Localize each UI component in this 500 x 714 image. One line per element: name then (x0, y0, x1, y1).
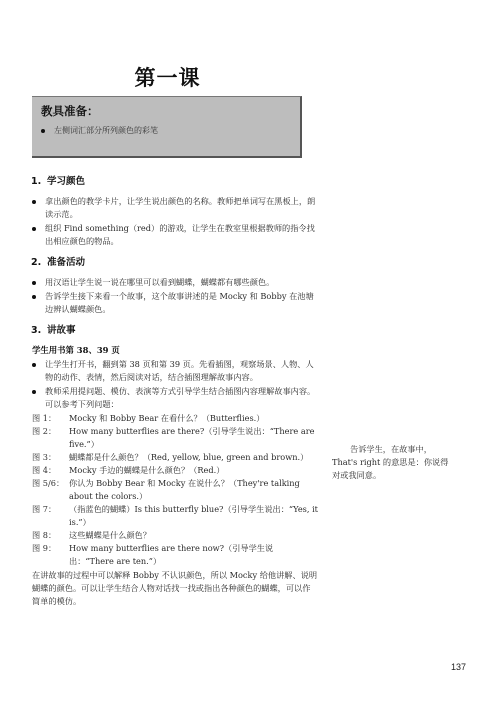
list-item: 拿出颜色的教学卡片，让学生说出颜色的名称。教师把单词写在黑板上，朗读示范。 (32, 195, 318, 221)
section-1-bullets: 拿出颜色的教学卡片，让学生说出颜色的名称。教师把单词写在黑板上，朗读示范。 组织… (32, 195, 318, 248)
list-item-text: 拿出颜色的教学卡片，让学生说出颜色的名称。教师把单词写在黑板上，朗读示范。 (45, 196, 315, 219)
question-item: 图 1：Mocky 和 Bobby Bear 在看什么？（Butterflies… (32, 412, 318, 425)
teaching-aids-item: 左侧词汇部分所列颜色的彩笔 (41, 125, 158, 136)
list-item: 让学生打开书，翻到第 38 页和第 39 页。先看插图，观察场景、人物、人物的动… (32, 358, 318, 384)
question-text: How many butterflies are there now?（引导学生… (69, 542, 318, 568)
question-label: 图 5/6： (32, 477, 69, 503)
bullet-icon (32, 281, 36, 285)
lesson-body: 1.学习颜色 拿出颜色的教学卡片，让学生说出颜色的名称。教师把单词写在黑板上，朗… (32, 175, 318, 608)
teaching-aids-item-text: 左侧词汇部分所列颜色的彩笔 (54, 125, 158, 136)
section-heading-text: 准备活动 (47, 257, 85, 268)
list-item: 用汉语让学生说一说在哪里可以看到蝴蝶，蝴蝶都有哪些颜色。 (32, 276, 318, 289)
section-heading-warm-up: 2.准备活动 (31, 256, 318, 270)
question-label: 图 7： (32, 503, 69, 529)
question-item: 图 9：How many butterflies are there now?（… (32, 542, 318, 568)
section-heading-text: 学习颜色 (47, 176, 85, 187)
question-text: Mocky 手边的蝴蝶是什么颜色？（Red.） (69, 464, 318, 477)
question-item: 图 4：Mocky 手边的蝴蝶是什么颜色？（Red.） (32, 464, 318, 477)
question-text: How many butterflies are there?（引导学生说出：“… (69, 425, 318, 451)
question-text: 你认为 Bobby Bear 和 Mocky 在说什么？（They're tal… (69, 477, 318, 503)
closing-paragraph: 在讲故事的过程中可以解释 Bobby 不认识颜色，所以 Mocky 给他讲解、说… (32, 569, 318, 608)
question-label: 图 1： (32, 412, 69, 425)
question-label: 图 2： (32, 425, 69, 451)
section-number: 3. (31, 324, 47, 338)
teaching-aids-box: 教具准备： 左侧词汇部分所列颜色的彩笔 (32, 96, 302, 158)
list-item-text: 告诉学生接下来看一个故事，这个故事讲述的是 Mocky 和 Bobby 在池塘边… (45, 291, 314, 314)
list-item-text: 教师采用提问题、模仿、表演等方式引导学生结合插图内容理解故事内容。可以参考下列问… (45, 386, 315, 409)
question-item: 图 2：How many butterflies are there?（引导学生… (32, 425, 318, 451)
bullet-icon (32, 390, 36, 394)
question-text: Mocky 和 Bobby Bear 在看什么？（Butterflies.） (69, 412, 318, 425)
margin-note: 告诉学生，在故事中，That's right 的意思是：你说得对或我同意。 (332, 443, 449, 482)
question-label: 图 4： (32, 464, 69, 477)
list-item-text: 组织 Find something（red）的游戏，让学生在教室里根据教师的指令… (45, 223, 315, 246)
question-item: 图 5/6：你认为 Bobby Bear 和 Mocky 在说什么？（They'… (32, 477, 318, 503)
bullet-icon (32, 227, 36, 231)
bullet-icon (32, 295, 36, 299)
list-item-text: 用汉语让学生说一说在哪里可以看到蝴蝶，蝴蝶都有哪些颜色。 (45, 277, 274, 287)
section-heading-text: 讲故事 (47, 325, 76, 336)
question-text: （指蓝色的蝴蝶）Is this butterfly blue?（引导学生说出：“… (69, 503, 318, 529)
list-item: 组织 Find something（red）的游戏，让学生在教室里根据教师的指令… (32, 222, 318, 248)
section-3-bullets: 让学生打开书，翻到第 38 页和第 39 页。先看插图，观察场景、人物、人物的动… (32, 358, 318, 411)
bullet-icon (41, 129, 45, 133)
student-book-pages: 学生用书第 38、39 页 (32, 344, 318, 357)
question-text: 蝴蝶都是什么颜色？（Red, yellow, blue, green and b… (69, 451, 318, 464)
question-item: 图 3：蝴蝶都是什么颜色？（Red, yellow, blue, green a… (32, 451, 318, 464)
page-number: 137 (451, 662, 466, 672)
question-label: 图 3： (32, 451, 69, 464)
page-title: 第一课 (0, 62, 335, 92)
section-heading-story: 3.讲故事 (31, 324, 318, 338)
question-label: 图 8： (32, 529, 69, 542)
bullet-icon (32, 200, 36, 204)
picture-questions: 图 1：Mocky 和 Bobby Bear 在看什么？（Butterflies… (32, 412, 318, 568)
teaching-aids-title: 教具准备： (41, 103, 99, 119)
question-label: 图 9： (32, 542, 69, 568)
section-2-bullets: 用汉语让学生说一说在哪里可以看到蝴蝶，蝴蝶都有哪些颜色。 告诉学生接下来看一个故… (32, 276, 318, 316)
section-number: 1. (31, 175, 47, 189)
section-number: 2. (31, 256, 47, 270)
list-item-text: 让学生打开书，翻到第 38 页和第 39 页。先看插图，观察场景、人物、人物的动… (45, 359, 314, 382)
question-text: 这些蝴蝶是什么颜色？ (69, 529, 318, 542)
list-item: 教师采用提问题、模仿、表演等方式引导学生结合插图内容理解故事内容。可以参考下列问… (32, 385, 318, 411)
list-item: 告诉学生接下来看一个故事，这个故事讲述的是 Mocky 和 Bobby 在池塘边… (32, 290, 318, 316)
bullet-icon (32, 363, 36, 367)
question-item: 图 7：（指蓝色的蝴蝶）Is this butterfly blue?（引导学生… (32, 503, 318, 529)
section-heading-learn-colors: 1.学习颜色 (31, 175, 318, 189)
question-item: 图 8：这些蝴蝶是什么颜色？ (32, 529, 318, 542)
